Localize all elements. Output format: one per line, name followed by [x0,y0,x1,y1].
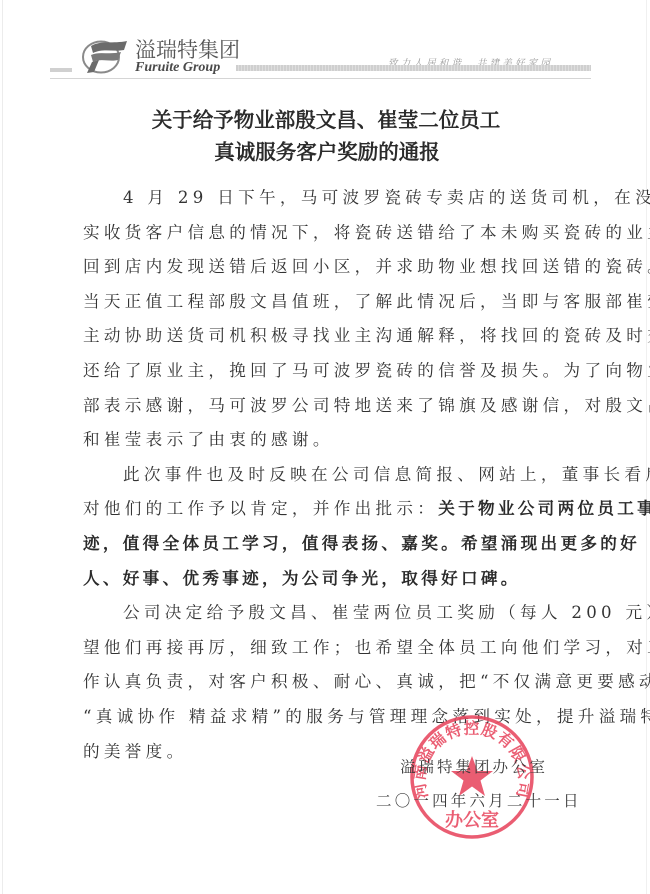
body-line: 还给了原业主，挽回了马可波罗瓷砖的信誉及损失。为了向物业 [83,354,565,389]
body-line: 此次事件也及时反映在公司信息简报、网站上，董事长看后 [83,458,565,493]
title-line-2: 真诚服务客户奖励的通报 [0,136,650,168]
body-line-bold: 迹，值得全体员工学习，值得表扬、嘉奖。希望涌现出更多的好 [83,527,565,562]
body-line-bold: 人、好事、优秀事迹，为公司争光，取得好口碑。 [83,562,565,597]
body-line: 主动协助送货司机积极寻找业主沟通解释，将找回的瓷砖及时交 [83,319,565,354]
body-line: 实收货客户信息的情况下，将瓷砖送错给了本未购买瓷砖的业主， [83,216,565,251]
letterhead-rule-band [236,65,591,71]
body-line: 作认真负责，对客户积极、耐心、真诚，把“不仅满意更要感动”、 [83,665,565,700]
body-text: 对他们的工作予以肯定，并作出批示： [83,499,438,518]
furuite-f-logo-icon [77,38,131,74]
company-name-en: Furuite Group [135,60,220,76]
body-line: 公司决定给予殷文昌、崔莹两位员工奖励（每人 200 元）。希 [83,596,565,631]
signature-date: 二〇一四年六月二十一日 [376,789,582,811]
chairman-remark: 迹，值得全体员工学习，值得表扬、嘉奖。希望涌现出更多的好 [83,534,640,553]
document-body: 4 月 29 日下午，马可波罗瓷砖专卖店的送货司机，在没有核 实收货客户信息的情… [83,181,565,769]
body-line: 望他们再接再厉，细致工作；也希望全体员工向他们学习，对工 [83,631,565,666]
chairman-remark: 关于物业公司两位员工事 [438,499,650,518]
letterhead: 溢瑞特集团 Furuite Group 致力人居和谐 共建美好家园 [0,0,650,90]
company-name-cn: 溢瑞特集团 [135,38,240,62]
body-line: 和崔莹表示了由衷的感谢。 [83,423,565,458]
title-line-1: 关于给予物业部殷文昌、崔莹二位员工 [0,104,650,136]
body-line: 部表示感谢，马可波罗公司特地送来了锦旗及感谢信，对殷文昌 [83,389,565,424]
body-line: 当天正值工程部殷文昌值班，了解此情况后，当即与客服部崔莹 [83,285,565,320]
body-line: 4 月 29 日下午，马可波罗瓷砖专卖店的送货司机，在没有核 [83,181,565,216]
official-seal-icon: 河南溢瑞特控股有限公司 办公室 [409,714,535,840]
signature-organization: 溢瑞特集团办公室 [400,755,548,777]
document-title: 关于给予物业部殷文昌、崔莹二位员工 真诚服务客户奖励的通报 [0,104,650,168]
letterhead-rule-thin [50,78,591,79]
body-line-with-bold: 对他们的工作予以肯定，并作出批示：关于物业公司两位员工事 [83,492,565,527]
letterhead-rule-left [50,68,72,72]
chairman-remark: 人、好事、优秀事迹，为公司争光，取得好口碑。 [83,569,521,588]
seal-inner-text: 办公室 [445,809,499,831]
body-line: 回到店内发现送错后返回小区，并求助物业想找回送错的瓷砖。 [83,250,565,285]
